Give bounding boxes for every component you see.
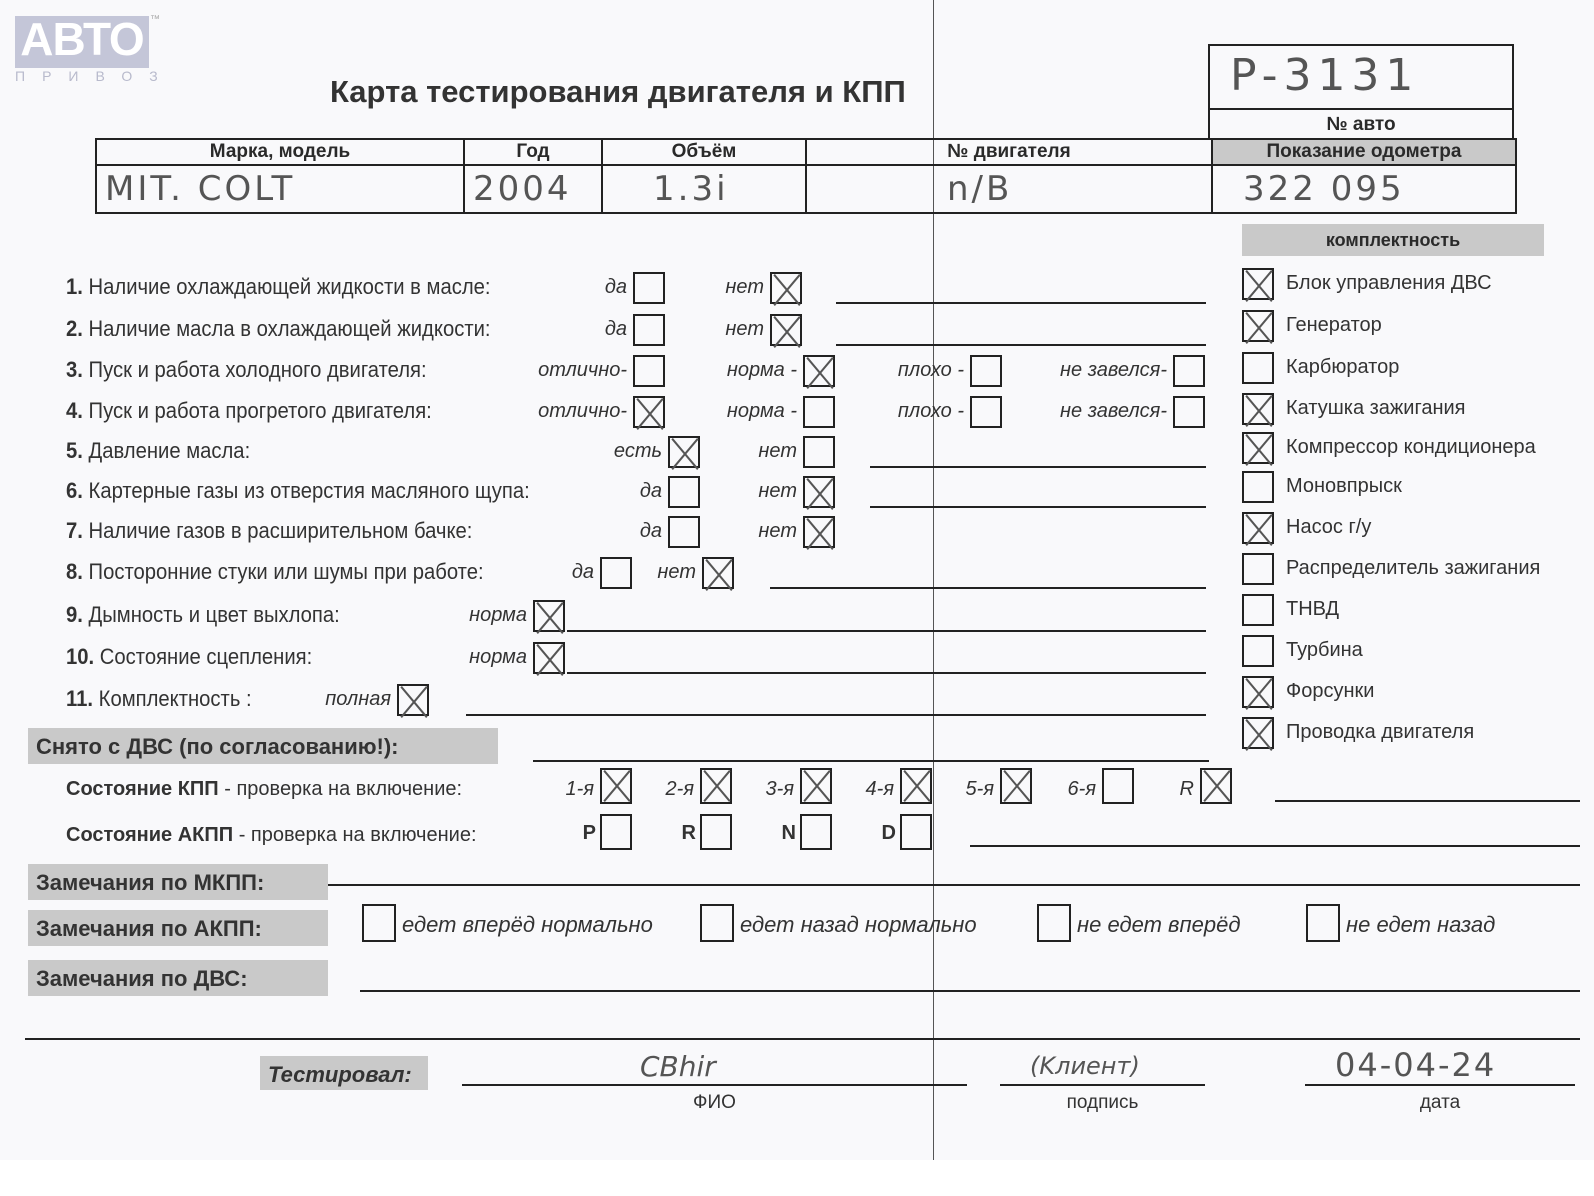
question-label: Наличие масла в охлаждающей жидкости: (89, 316, 491, 341)
option-checkbox[interactable] (633, 272, 665, 304)
akpp-remark-label: едет назад нормально (740, 912, 977, 938)
option-checkbox[interactable] (668, 476, 700, 508)
option-label: полная (300, 688, 391, 711)
gear-checkbox[interactable] (800, 768, 832, 804)
akpp-remark-label: не едет назад (1346, 912, 1495, 938)
option-checkbox[interactable] (633, 396, 665, 428)
signature-line (1000, 1084, 1205, 1086)
model-value[interactable]: MIT. COLT (96, 165, 464, 213)
komplektnost-title: комплектность (1242, 224, 1544, 256)
option-checkbox[interactable] (770, 272, 802, 304)
komplektnost-label: Насос г/у (1286, 516, 1371, 539)
question-text: 6. Картерные газы из отверстия масляного… (66, 478, 530, 504)
document-page: АВТО ™ ПРИВОЗ Карта тестирования двигате… (0, 0, 1594, 1160)
option-label: да (540, 561, 594, 584)
option-checkbox[interactable] (1173, 396, 1205, 428)
komplektnost-checkbox[interactable] (1242, 352, 1274, 384)
question-text: 1. Наличие охлаждающей жидкости в масле: (66, 274, 491, 300)
col-header-year: Год (464, 139, 602, 165)
logo-brand: АВТО (15, 12, 149, 66)
option-checkbox[interactable] (668, 436, 700, 468)
komplektnost-label: Распределитель зажигания (1286, 557, 1540, 580)
option-label: не завелся- (1030, 400, 1167, 423)
fio-caption: ФИО (462, 1092, 967, 1114)
komplektnost-checkbox[interactable] (1242, 635, 1274, 667)
gear-label: R (1160, 778, 1194, 801)
akpp-remark-label: не едет вперёд (1077, 912, 1241, 938)
komplektnost-label: Проводка двигателя (1286, 721, 1474, 744)
logo-subtitle: ПРИВОЗ (15, 68, 149, 84)
komplektnost-checkbox[interactable] (1242, 676, 1274, 708)
notes-line[interactable] (567, 672, 1206, 674)
komplektnost-checkbox[interactable] (1242, 393, 1274, 425)
gear-checkbox[interactable] (1200, 768, 1232, 804)
option-checkbox[interactable] (533, 642, 565, 674)
year-value[interactable]: 2004 (464, 165, 602, 213)
komplektnost-label: Компрессор кондиционера (1286, 436, 1536, 459)
akpp-remark-checkbox[interactable] (700, 904, 734, 942)
komplektnost-label: Форсунки (1286, 680, 1374, 703)
option-label: плохо - (870, 359, 964, 382)
question-text: 5. Давление масла: (66, 438, 250, 464)
option-label: отлично- (500, 400, 627, 423)
col-header-model: Марка, модель (96, 139, 464, 165)
notes-line[interactable] (466, 714, 1206, 716)
option-label: нет (740, 480, 797, 503)
removed-parts-label: Снято с ДВС (по согласованию!): (28, 728, 498, 764)
question-number: 8. (66, 559, 83, 584)
gear-label: 5-я (945, 778, 994, 801)
option-label: нет (620, 561, 696, 584)
signature-value[interactable]: (Kлиент) (1030, 1052, 1140, 1080)
question-label: Пуск и работа прогретого двигателя: (89, 398, 432, 423)
option-checkbox[interactable] (633, 355, 665, 387)
notes-line[interactable] (567, 630, 1206, 632)
option-checkbox[interactable] (770, 314, 802, 346)
option-label: нет (700, 276, 764, 299)
akpp-mode-checkbox[interactable] (700, 814, 732, 850)
option-label: нет (740, 440, 797, 463)
remarks-dvs-label: Замечания по ДВС: (28, 960, 328, 996)
question-label: Наличие охлаждающей жидкости в масле: (89, 274, 491, 299)
page-title: Карта тестирования двигателя и КПП (330, 74, 906, 110)
gear-checkbox[interactable] (600, 768, 632, 804)
option-checkbox[interactable] (397, 684, 429, 716)
option-checkbox[interactable] (633, 314, 665, 346)
question-number: 9. (66, 602, 83, 627)
remarks-mkpp-label: Замечания по МКПП: (28, 864, 328, 900)
komplektnost-label: Турбина (1286, 639, 1363, 662)
akpp-label: Состояние АКПП - проверка на включение: (66, 824, 477, 847)
option-checkbox[interactable] (702, 557, 734, 589)
logo-trademark: ™ (150, 14, 160, 25)
option-label: да (590, 318, 627, 341)
option-checkbox[interactable] (803, 476, 835, 508)
question-number: 6. (66, 478, 83, 503)
komplektnost-checkbox[interactable] (1242, 268, 1274, 300)
option-label: норма - (700, 359, 797, 382)
remarks-dvs-line-2[interactable] (25, 1038, 1580, 1040)
tested-by-label: Тестировал: (260, 1056, 428, 1090)
question-label: Дымность и цвет выхлопа: (89, 602, 340, 627)
vehicle-number-value[interactable]: P-3131 (1230, 50, 1419, 101)
komplektnost-label: Моновпрыск (1286, 475, 1402, 498)
option-label: отлично- (500, 359, 627, 382)
vehicle-number-box: P-3131 № авто (1208, 44, 1514, 140)
question-number: 3. (66, 357, 83, 382)
option-checkbox[interactable] (970, 355, 1002, 387)
remarks-mkpp-line[interactable] (328, 884, 1580, 886)
option-checkbox[interactable] (803, 396, 835, 428)
question-text: 9. Дымность и цвет выхлопа: (66, 602, 340, 628)
kpp-notes-line[interactable] (1275, 800, 1580, 802)
question-label: Состояние сцепления: (100, 644, 312, 669)
question-number: 5. (66, 438, 83, 463)
notes-line[interactable] (770, 587, 1206, 589)
komplektnost-checkbox[interactable] (1242, 717, 1274, 749)
akpp-mode-checkbox[interactable] (900, 814, 932, 850)
option-label: да (600, 480, 662, 503)
question-number: 2. (66, 316, 83, 341)
gear-label: 3-я (745, 778, 794, 801)
col-header-odometer: Показание одометра (1212, 139, 1516, 165)
komplektnost-label: Карбюратор (1286, 356, 1399, 379)
question-label: Наличие газов в расширительном бачке: (89, 518, 473, 543)
gear-checkbox[interactable] (700, 768, 732, 804)
akpp-remark-checkbox[interactable] (1306, 904, 1340, 942)
removed-parts-line[interactable] (533, 760, 1209, 762)
option-checkbox[interactable] (970, 396, 1002, 428)
volume-value[interactable]: 1.3i (602, 165, 806, 213)
komplektnost-checkbox[interactable] (1242, 471, 1274, 503)
gear-checkbox[interactable] (1102, 768, 1134, 804)
question-label: Комплектность : (99, 686, 252, 711)
question-text: 8. Посторонние стуки или шумы при работе… (66, 559, 484, 585)
notes-line[interactable] (836, 302, 1206, 304)
akpp-mode-label: D (870, 822, 896, 845)
option-checkbox[interactable] (668, 516, 700, 548)
engine-no-value[interactable]: n/B (806, 165, 1212, 213)
question-text: 7. Наличие газов в расширительном бачке: (66, 518, 472, 544)
question-number: 1. (66, 274, 83, 299)
gear-label: 1-я (545, 778, 594, 801)
gear-label: 2-я (645, 778, 694, 801)
option-checkbox[interactable] (803, 516, 835, 548)
vehicle-info-table: Марка, модель Год Объём № двигателя Пока… (95, 138, 1517, 214)
question-number: 11. (66, 686, 93, 711)
question-text: 4. Пуск и работа прогретого двигателя: (66, 398, 432, 424)
option-checkbox[interactable] (803, 436, 835, 468)
option-label: норма (440, 604, 527, 627)
akpp-mode-label: P (570, 822, 596, 845)
gear-checkbox[interactable] (1000, 768, 1032, 804)
akpp-mode-checkbox[interactable] (800, 814, 832, 850)
col-header-volume: Объём (602, 139, 806, 165)
question-number: 4. (66, 398, 83, 423)
komplektnost-checkbox[interactable] (1242, 553, 1274, 585)
akpp-remark-checkbox[interactable] (1037, 904, 1071, 942)
question-text: 2. Наличие масла в охлаждающей жидкости: (66, 316, 491, 342)
signature-caption: подпись (1000, 1092, 1205, 1114)
akpp-remark-label: едет вперёд нормально (402, 912, 653, 938)
komplektnost-checkbox[interactable] (1242, 432, 1274, 464)
date-line (1305, 1084, 1575, 1086)
komplektnost-checkbox[interactable] (1242, 512, 1274, 544)
akpp-mode-checkbox[interactable] (600, 814, 632, 850)
fio-line (462, 1084, 967, 1086)
question-number: 10. (66, 644, 94, 669)
question-label: Посторонние стуки или шумы при работе: (89, 559, 484, 584)
tester-name-value[interactable]: CBhir (640, 1050, 716, 1083)
notes-line[interactable] (836, 344, 1206, 346)
question-text: 3. Пуск и работа холодного двигателя: (66, 357, 427, 383)
notes-line[interactable] (870, 506, 1206, 508)
question-text: 11. Комплектность : (66, 686, 252, 712)
gear-label: 4-я (845, 778, 894, 801)
komplektnost-checkbox[interactable] (1242, 594, 1274, 626)
akpp-mode-label: R (670, 822, 696, 845)
option-label: нет (740, 520, 797, 543)
option-label: не завелся- (1030, 359, 1167, 382)
option-label: да (590, 276, 627, 299)
komplektnost-label: Блок управления ДВС (1286, 272, 1492, 295)
question-label: Давление масла: (89, 438, 251, 463)
option-checkbox[interactable] (803, 355, 835, 387)
notes-line[interactable] (870, 466, 1206, 468)
remarks-dvs-line[interactable] (360, 990, 1580, 992)
option-checkbox[interactable] (533, 600, 565, 632)
vehicle-number-label: № авто (1210, 108, 1512, 140)
gear-label: 6-я (1045, 778, 1096, 801)
question-number: 7. (66, 518, 83, 543)
col-header-engine-no: № двигателя (806, 139, 1212, 165)
akpp-remark-checkbox[interactable] (362, 904, 396, 942)
question-label: Пуск и работа холодного двигателя: (89, 357, 427, 382)
komplektnost-checkbox[interactable] (1242, 310, 1274, 342)
option-label: плохо - (870, 400, 964, 423)
komplektnost-label: Катушка зажигания (1286, 397, 1466, 420)
question-text: 10. Состояние сцепления: (66, 644, 312, 670)
date-value[interactable]: 04-04-24 (1335, 1046, 1496, 1084)
option-label: да (600, 520, 662, 543)
gear-checkbox[interactable] (900, 768, 932, 804)
komplektnost-label: Генератор (1286, 314, 1382, 337)
kpp-label: Состояние КПП - проверка на включение: (66, 778, 462, 801)
option-label: есть (570, 440, 662, 463)
komplektnost-label: ТНВД (1286, 598, 1339, 621)
option-label: норма - (700, 400, 797, 423)
date-caption: дата (1305, 1092, 1575, 1114)
akpp-mode-label: N (770, 822, 796, 845)
akpp-notes-line[interactable] (970, 845, 1580, 847)
remarks-akpp-label: Замечания по АКПП: (28, 910, 328, 946)
option-label: нет (700, 318, 764, 341)
question-label: Картерные газы из отверстия масляного щу… (89, 478, 530, 503)
option-checkbox[interactable] (1173, 355, 1205, 387)
option-label: норма (440, 646, 527, 669)
odometer-value[interactable]: 322 095 (1212, 165, 1516, 213)
